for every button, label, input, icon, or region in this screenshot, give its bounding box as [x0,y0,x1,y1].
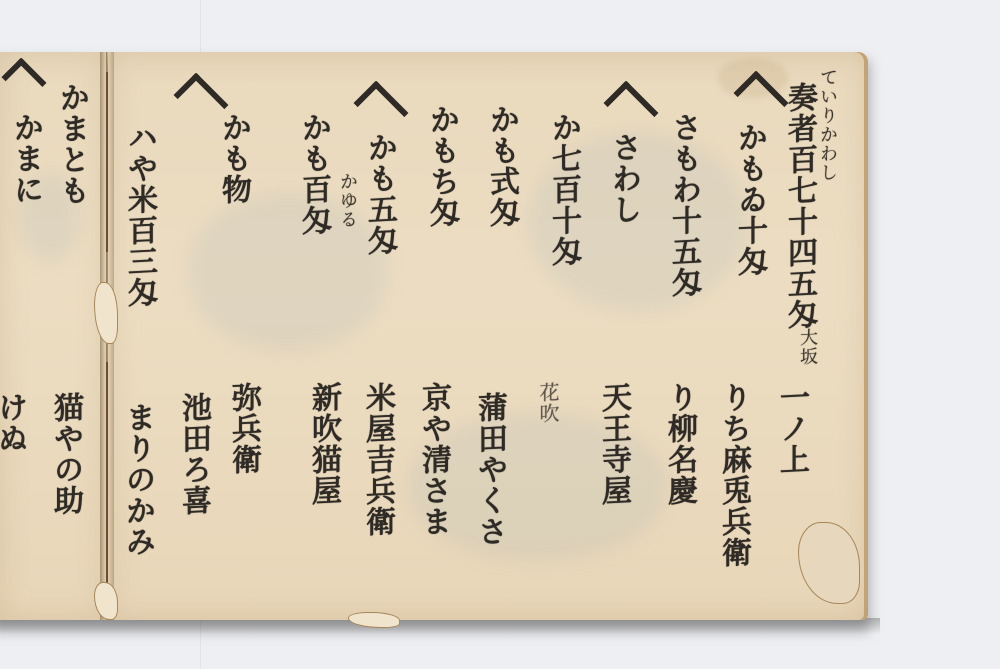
col-l11: 池田ろ喜 [178,391,208,517]
col-u8-sub: かゆる [338,172,356,230]
binding-thread [106,72,108,252]
col-l5: 花吹 [538,381,558,424]
col-u12: ハや米百三匁 [124,121,154,309]
col-u10: かも物 [218,111,248,206]
section-mark-icon [1,57,46,102]
col-u4: さわし [608,131,638,226]
col-l1-sub: 大坂 [798,328,816,367]
col-l1: 一ノ上 [776,381,806,476]
col-u6: かも式匁 [486,103,516,229]
left-column-3-lower: けぬ [0,391,24,455]
col-u3: さもわ十五匁 [668,111,698,299]
col-u1: 奏者百七十四五匁 [784,81,814,331]
left-page: かまに かまとも 猫やの助 けぬ [0,52,107,620]
section-mark-icon [603,80,658,135]
left-column-1: かまに [10,111,40,206]
col-u8: かも五匁 [364,131,394,257]
left-column-2: かまとも [56,81,86,207]
col-u9: かも百匁 [298,111,328,237]
paper-tear [798,522,860,604]
col-u7: かもち匁 [426,103,456,229]
left-column-2-lower: 猫やの助 [50,391,80,517]
col-u2: かもゐ十匁 [734,121,764,278]
col-l12: まりのかみ [122,401,152,558]
col-l2: りち麻兎兵衛 [718,381,748,569]
col-l8: 米屋吉兵衛 [362,381,392,538]
col-u1-note: ていりかわし [818,68,836,183]
col-l6: 蒲田やくさ [474,391,504,548]
col-l4: 天王寺屋 [598,381,628,507]
binding-thread [106,362,108,612]
section-mark-icon [353,80,408,135]
open-book: かまに かまとも 猫やの助 けぬ ていりかわし 奏者百七十四五匁 かもゐ十匁 さ… [0,52,868,620]
col-u5: か七百十匁 [548,111,578,268]
col-l9: 新吹猫屋 [308,381,338,507]
col-l10: 弥兵衛 [228,381,258,476]
right-page: ていりかわし 奏者百七十四五匁 かもゐ十匁 さもわ十五匁 さわし か七百十匁 か… [108,52,868,620]
col-l3: り柳名慶 [664,381,694,507]
col-l7: 京や清さま [418,381,448,538]
